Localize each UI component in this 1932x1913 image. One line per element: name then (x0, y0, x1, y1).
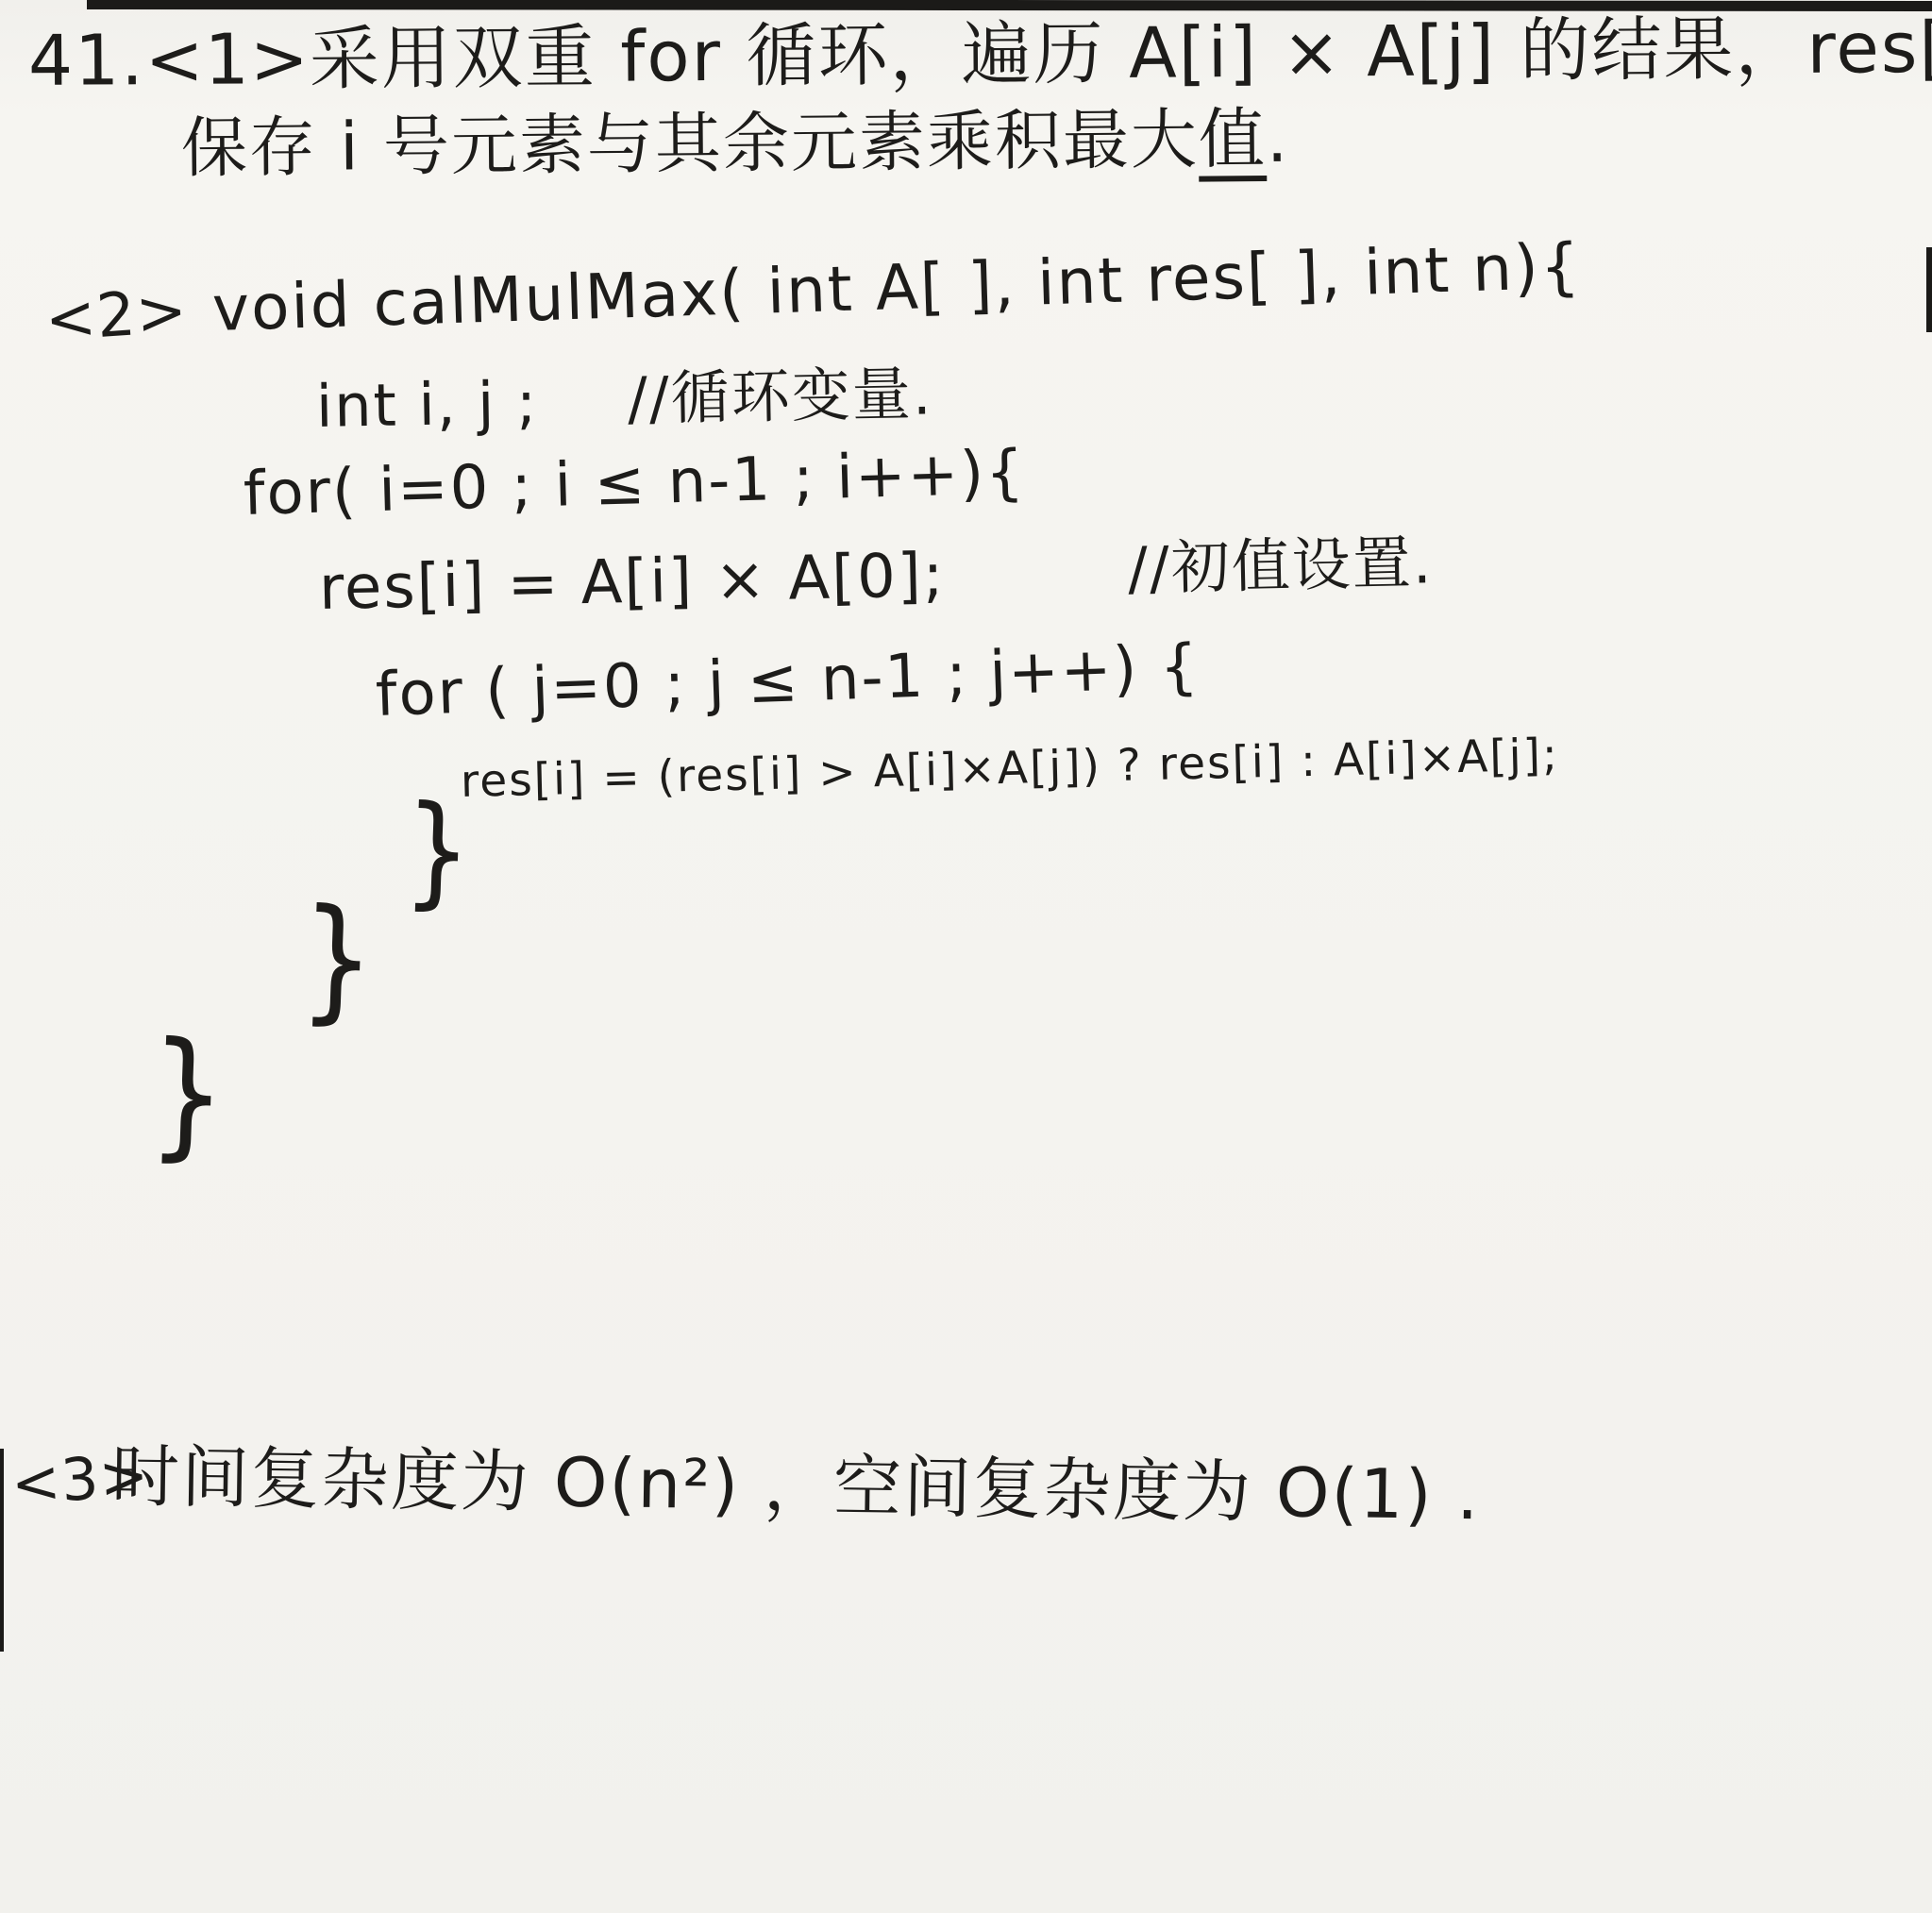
closing-brace-outer: } (298, 898, 377, 1022)
scan-edge-right (1926, 247, 1932, 332)
statement-line-2: 保存 i 号元素与其余元素乘积最大值. (181, 106, 1290, 191)
statement-line2-prefix: 保存 i 号元素与其余元素乘积最大 (181, 101, 1200, 187)
statement-line1-text: 采用双重 for 循环，遍历 A[i] × A[j] 的结果，res[i]中 (309, 7, 1932, 100)
closing-brace-function: } (147, 1031, 228, 1158)
code-comment-init: //初值设置. (1127, 533, 1434, 598)
complexity-text: 时间复杂度为 O(n²) ，空间复杂度为 O(1) . (110, 1442, 1480, 1529)
statement-line2-suffix: . (1267, 100, 1290, 177)
code-comment-loop-vars: //循环变量. (627, 364, 933, 428)
problem-number: 41. (28, 20, 145, 102)
code-init-statement: res[i] = A[i] × A[0]; (318, 545, 946, 619)
scanned-answer-sheet: 41.<1>采用双重 for 循环，遍历 A[i] × A[j] 的结果，res… (0, 0, 1932, 1913)
part2-marker: <2> (43, 281, 190, 351)
statement-line-1: 41.<1>采用双重 for 循环，遍历 A[i] × A[j] 的结果，res… (28, 12, 1932, 96)
closing-brace-inner: } (402, 796, 473, 907)
code-signature: void calMulMax( int A[ ], int res[ ], in… (211, 235, 1583, 341)
code-declaration: int i, j ; (315, 374, 538, 436)
code-inner-for: for ( j=0 ; j ≤ n-1 ; j++) { (375, 637, 1201, 726)
scan-edge-left (0, 1449, 4, 1652)
emphasis-underline: 值 (1199, 106, 1268, 182)
code-update-statement: res[i] = (res[i] > A[i]×A[j]) ? res[i] :… (460, 733, 1559, 804)
code-outer-for: for( i=0 ; i ≤ n-1 ; i++){ (243, 443, 1027, 525)
part1-marker: <1> (144, 19, 310, 101)
